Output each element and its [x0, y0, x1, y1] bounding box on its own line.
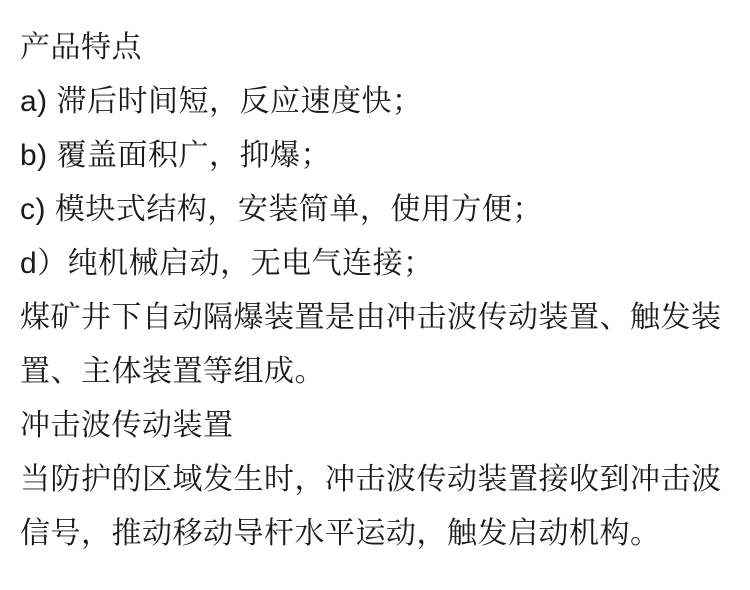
- section-title-product-features: 产品特点: [20, 21, 732, 75]
- feature-item-a: a) 滞后时间短，反应速度快；: [20, 75, 732, 129]
- feature-item-b: b) 覆盖面积广，抑爆；: [20, 129, 732, 183]
- section-title-shockwave-transmission: 冲击波传动装置: [20, 399, 732, 453]
- operation-text-line-2: 信号，推动移动导杆水平运动，触发启动机构。: [20, 507, 732, 561]
- composition-text-line-2: 置、主体装置等组成。: [20, 345, 732, 399]
- feature-item-d: d）纯机械启动，无电气连接；: [20, 237, 732, 291]
- composition-text-line-1: 煤矿井下自动隔爆装置是由冲击波传动装置、触发装: [20, 291, 732, 345]
- operation-text-line-1: 当防护的区域发生时，冲击波传动装置接收到冲击波: [20, 453, 732, 507]
- product-description-document: 产品特点 a) 滞后时间短，反应速度快； b) 覆盖面积广，抑爆； c) 模块式…: [0, 0, 750, 590]
- feature-item-c: c) 模块式结构，安装简单，使用方便；: [20, 183, 732, 237]
